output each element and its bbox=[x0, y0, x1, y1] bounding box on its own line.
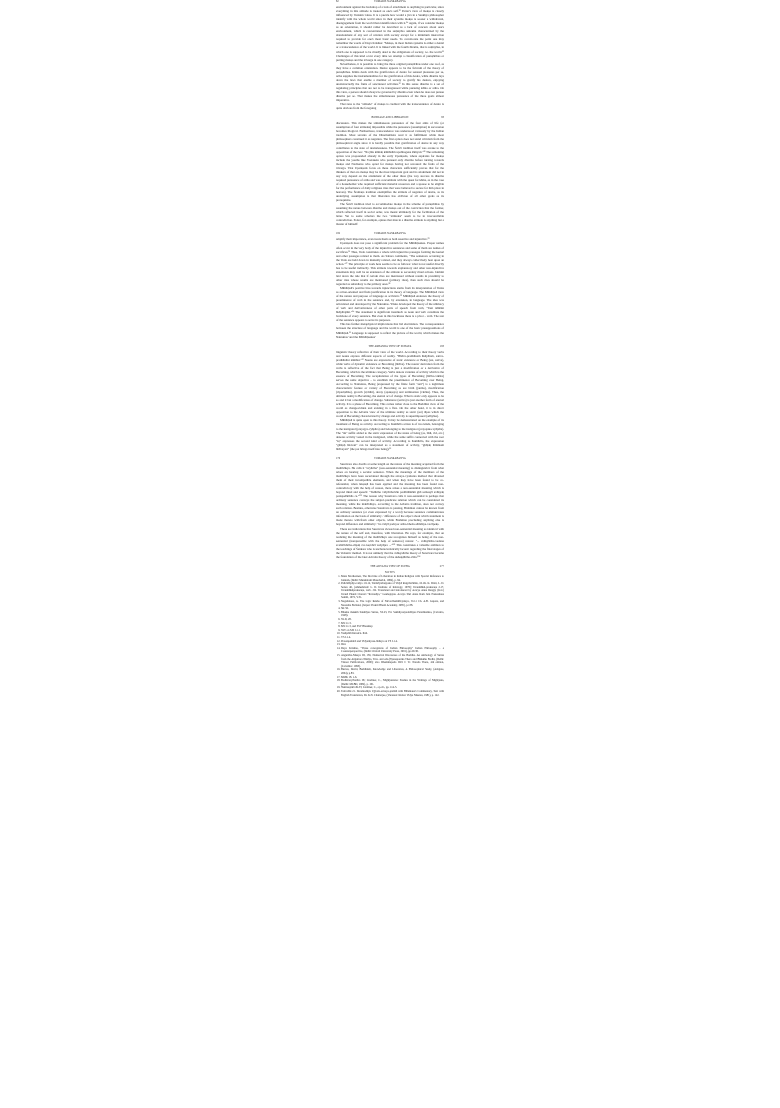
paragraph: discussion. This makes the simultaneous … bbox=[336, 121, 444, 202]
note-item: Daya Krishna, "Three conceptions of Indi… bbox=[341, 647, 444, 654]
book-page-182: 182 TOMARIS NASRABANYA amplify their imp… bbox=[336, 232, 444, 338]
running-head-title: THE ARBANDA VIEW OF SUBAYA bbox=[346, 345, 434, 349]
page-body: linguistic theory reflective of their vi… bbox=[336, 350, 444, 451]
paragraph: Mīmāṃsā's positive bias towards injuncti… bbox=[336, 286, 444, 322]
paragraph: Nevertheless, it is possible to bring th… bbox=[336, 62, 444, 102]
note-item: Mans Morikoinen, The Doctrine of Liberat… bbox=[341, 575, 444, 582]
book-page-277: THE ADVAITA VIEW OF SUPHA 277 NOTES Mans… bbox=[336, 565, 444, 697]
page-body: discussion. This makes the simultaneous … bbox=[336, 121, 444, 226]
page-number: 176 bbox=[336, 457, 346, 461]
page-body: amplify their importance, even treats th… bbox=[336, 237, 444, 338]
book-page-83: BONDAGE AND LIBERATION 83 discussion. Th… bbox=[336, 116, 444, 226]
page-number: 182 bbox=[336, 232, 346, 236]
paragraph: Mīmāṃsā is quite open to this theory. It… bbox=[336, 418, 444, 450]
paragraph: The Śaivā tradition tried to accommodate… bbox=[336, 202, 444, 226]
book-page-82: 82 TOMARIS NASRABANYA environment agains… bbox=[336, 0, 444, 110]
document-column: 82 TOMARIS NASRABANYA environment agains… bbox=[336, 0, 444, 697]
note-item: Bhasha makkth Sakhilyas Sutras, SS.23, E… bbox=[341, 611, 444, 618]
page-number: 183 bbox=[434, 345, 444, 349]
paragraph: That runs to the "attitude" of mokṣa is … bbox=[336, 102, 444, 110]
paragraph: There are indications that Sureśvara vie… bbox=[336, 527, 444, 559]
running-head-title: TOMARIS NASRABANYA bbox=[346, 457, 434, 461]
paragraph: Sureśvara also dwells at some length on … bbox=[336, 462, 444, 527]
page-body: environment against the backdrop of a la… bbox=[336, 5, 444, 110]
running-head-title: TOMARIS NASRABANYA bbox=[346, 0, 434, 4]
page-body: Sureśvara also dwells at some length on … bbox=[336, 462, 444, 559]
note-item: Anguttāra-Nikaya III, 156, Numerical Dis… bbox=[341, 654, 444, 668]
paragraph: environment against the backdrop of a la… bbox=[336, 5, 444, 62]
note-item: Tattvabhi 21. Daralnadhyu Ujjvalo-anvaya… bbox=[341, 690, 444, 697]
page-number: 82 bbox=[336, 0, 346, 4]
running-head-title: TOMARIS NASRABANYA bbox=[346, 232, 434, 236]
note-item: Bodhicaryāvatāra IX; Lindtner, C., Nāgār… bbox=[341, 679, 444, 686]
page-number: 83 bbox=[434, 116, 444, 120]
note-item: Burton, David, Buddhism, Knowledge and L… bbox=[341, 668, 444, 675]
note-item: Pañcādhyāya-vidya 1.9.12, Taittirīyaāraṇ… bbox=[341, 582, 444, 600]
paragraph: This has further metaphysical implicatio… bbox=[336, 322, 444, 338]
book-page-176: 176 TOMARIS NASRABANYA Sureśvara also dw… bbox=[336, 457, 444, 559]
notes-list: Mans Morikoinen, The Doctrine of Liberat… bbox=[336, 575, 444, 697]
book-page-183: THE ARBANDA VIEW OF SUBAYA 183 linguisti… bbox=[336, 345, 444, 451]
running-head-title: BONDAGE AND LIBERATION bbox=[346, 116, 434, 120]
page-number: 277 bbox=[434, 565, 444, 569]
running-head-title: THE ADVAITA VIEW OF SUPHA bbox=[346, 565, 434, 569]
paragraph: Upaniṣads does not pose a significant pr… bbox=[336, 241, 444, 286]
paragraph: linguistic theory reflective of their vi… bbox=[336, 350, 444, 419]
note-item: Nagadalana, A. The logic Rekha of Nirvac… bbox=[341, 600, 444, 607]
